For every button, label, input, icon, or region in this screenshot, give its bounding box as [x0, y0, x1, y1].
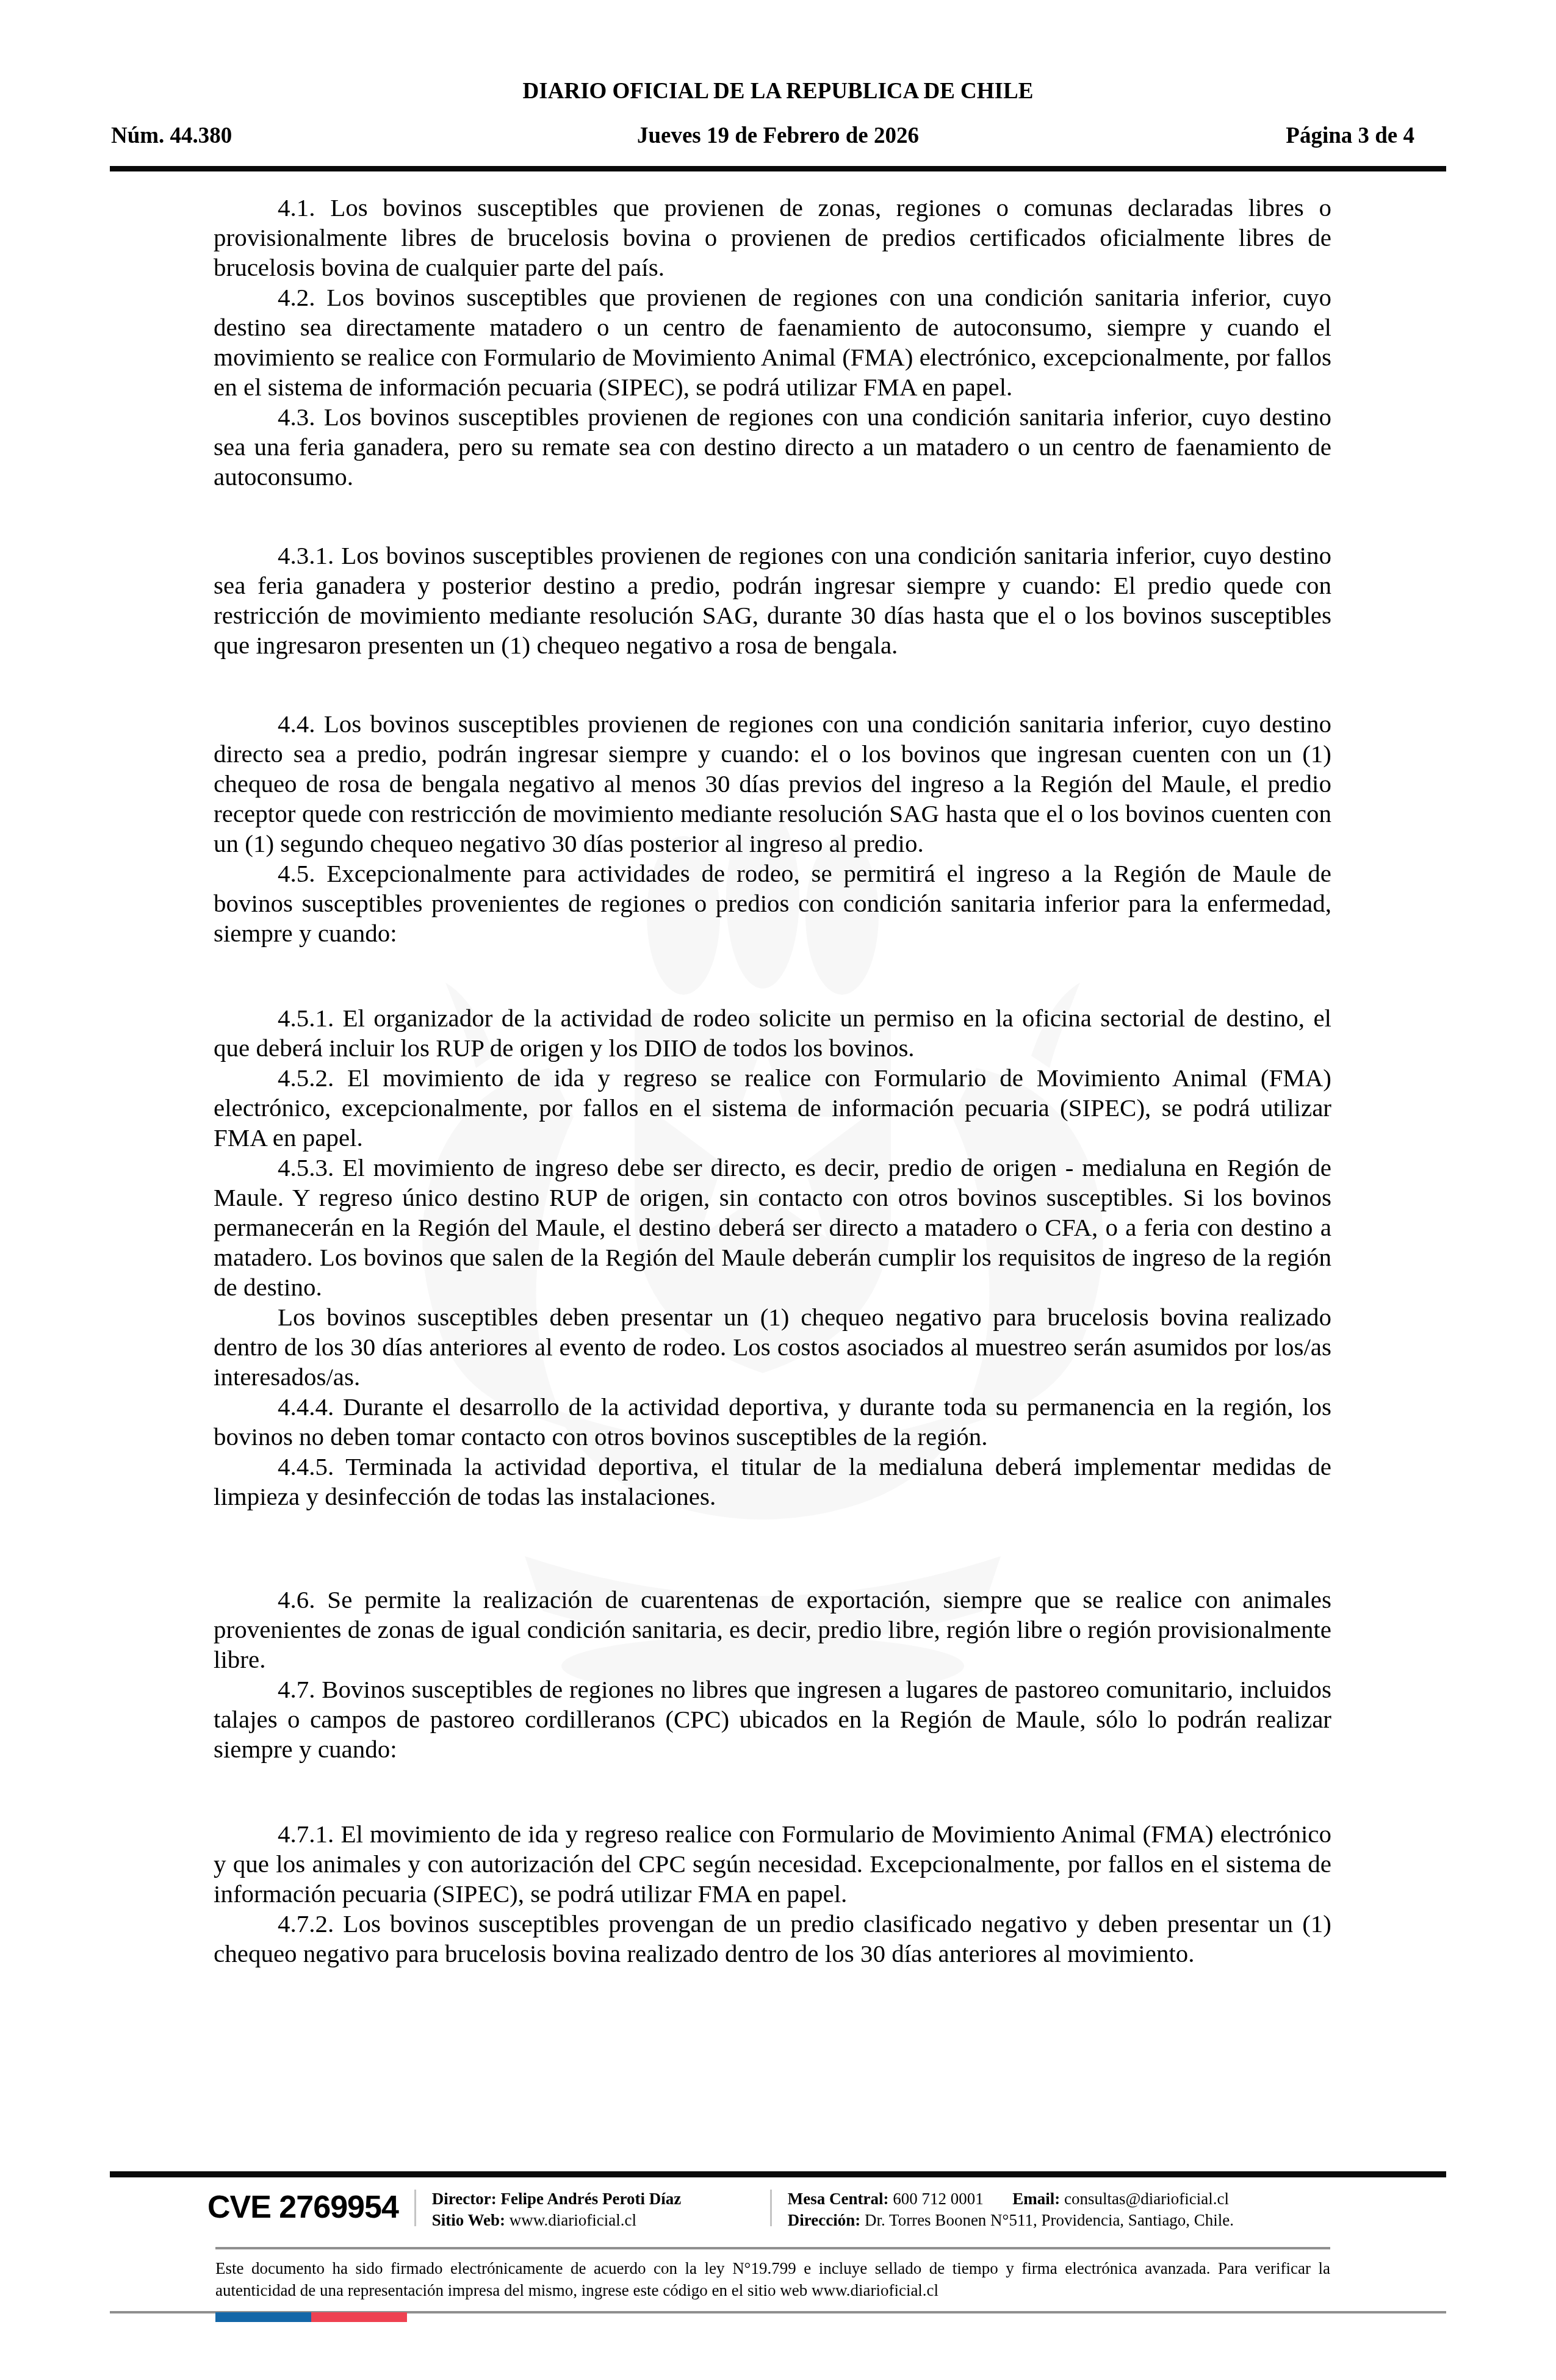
- footer-director-block: Director: Felipe Andrés Peroti Díaz Siti…: [432, 2188, 754, 2231]
- paragraph-4-7-1: 4.7.1. El movimiento de ida y regreso re…: [214, 1819, 1331, 1909]
- page-indicator: Página 3 de 4: [1286, 122, 1414, 150]
- gov-flag-mark: [215, 2312, 407, 2322]
- paragraph-4-4-5: 4.4.5. Terminada la actividad deportiva,…: [214, 1452, 1331, 1512]
- document-body: 4.1. Los bovinos susceptibles que provie…: [214, 193, 1331, 1969]
- edition-date: Jueves 19 de Febrero de 2026: [110, 122, 1446, 150]
- address-value: Dr. Torres Boonen N°511, Providencia, Sa…: [865, 2211, 1234, 2229]
- paragraph-4-2: 4.2. Los bovinos susceptibles que provie…: [214, 283, 1331, 402]
- paragraph-unnumbered: Los bovinos susceptibles deben presentar…: [214, 1302, 1331, 1392]
- newspaper-title: DIARIO OFICIAL DE LA REPUBLICA DE CHILE: [110, 78, 1446, 105]
- phone-number: 600 712 0001: [893, 2190, 984, 2208]
- header-rule: [110, 166, 1446, 171]
- paragraph-4-4-4: 4.4.4. Durante el desarrollo de la activ…: [214, 1392, 1331, 1452]
- legal-notice: Este documento ha sido firmado electróni…: [215, 2257, 1330, 2301]
- document-page: DIARIO OFICIAL DE LA REPUBLICA DE CHILE …: [0, 0, 1556, 2380]
- website-url: www.diarioficial.cl: [510, 2211, 636, 2229]
- paragraph-4-5-1: 4.5.1. El organizador de la actividad de…: [214, 1003, 1331, 1063]
- phone-label: Mesa Central:: [788, 2190, 889, 2208]
- paragraph-4-6: 4.6. Se permite la realización de cuaren…: [214, 1585, 1331, 1675]
- footer-info-row: CVE 2769954 Director: Felipe Andrés Pero…: [110, 2188, 1446, 2231]
- footer-gray-rule: [215, 2247, 1330, 2249]
- paragraph-4-5-3: 4.5.3. El movimiento de ingreso debe ser…: [214, 1153, 1331, 1302]
- paragraph-4-4: 4.4. Los bovinos susceptibles provienen …: [214, 709, 1331, 859]
- flag-blue: [215, 2312, 311, 2322]
- paragraph-4-5: 4.5. Excepcionalmente para actividades d…: [214, 859, 1331, 948]
- page-header: DIARIO OFICIAL DE LA REPUBLICA DE CHILE …: [110, 78, 1446, 171]
- email-label: Email:: [1012, 2190, 1060, 2208]
- director-label: Director:: [432, 2190, 497, 2208]
- footer-divider: [414, 2190, 416, 2226]
- footer-top-rule: [110, 2171, 1446, 2177]
- paragraph-4-3-1: 4.3.1. Los bovinos susceptibles proviene…: [214, 541, 1331, 660]
- paragraph-4-7: 4.7. Bovinos susceptibles de regiones no…: [214, 1675, 1331, 1764]
- paragraph-4-1: 4.1. Los bovinos susceptibles que provie…: [214, 193, 1331, 283]
- footer-divider: [770, 2190, 772, 2226]
- paragraph-4-7-2: 4.7.2. Los bovinos susceptibles provenga…: [214, 1909, 1331, 1969]
- flag-red: [311, 2312, 407, 2322]
- paragraph-4-3: 4.3. Los bovinos susceptibles provienen …: [214, 402, 1331, 492]
- director-name: Felipe Andrés Peroti Díaz: [501, 2190, 682, 2208]
- address-label: Dirección:: [788, 2211, 860, 2229]
- cve-code: CVE 2769954: [207, 2188, 398, 2226]
- page-footer: CVE 2769954 Director: Felipe Andrés Pero…: [110, 2171, 1446, 2354]
- footer-contact-block: Mesa Central: 600 712 0001 Email: consul…: [788, 2188, 1234, 2231]
- email-address: consultas@diarioficial.cl: [1064, 2190, 1229, 2208]
- website-label: Sitio Web:: [432, 2211, 505, 2229]
- paragraph-4-5-2: 4.5.2. El movimiento de ida y regreso se…: [214, 1063, 1331, 1153]
- header-meta-row: Núm. 44.380 Jueves 19 de Febrero de 2026…: [110, 122, 1446, 150]
